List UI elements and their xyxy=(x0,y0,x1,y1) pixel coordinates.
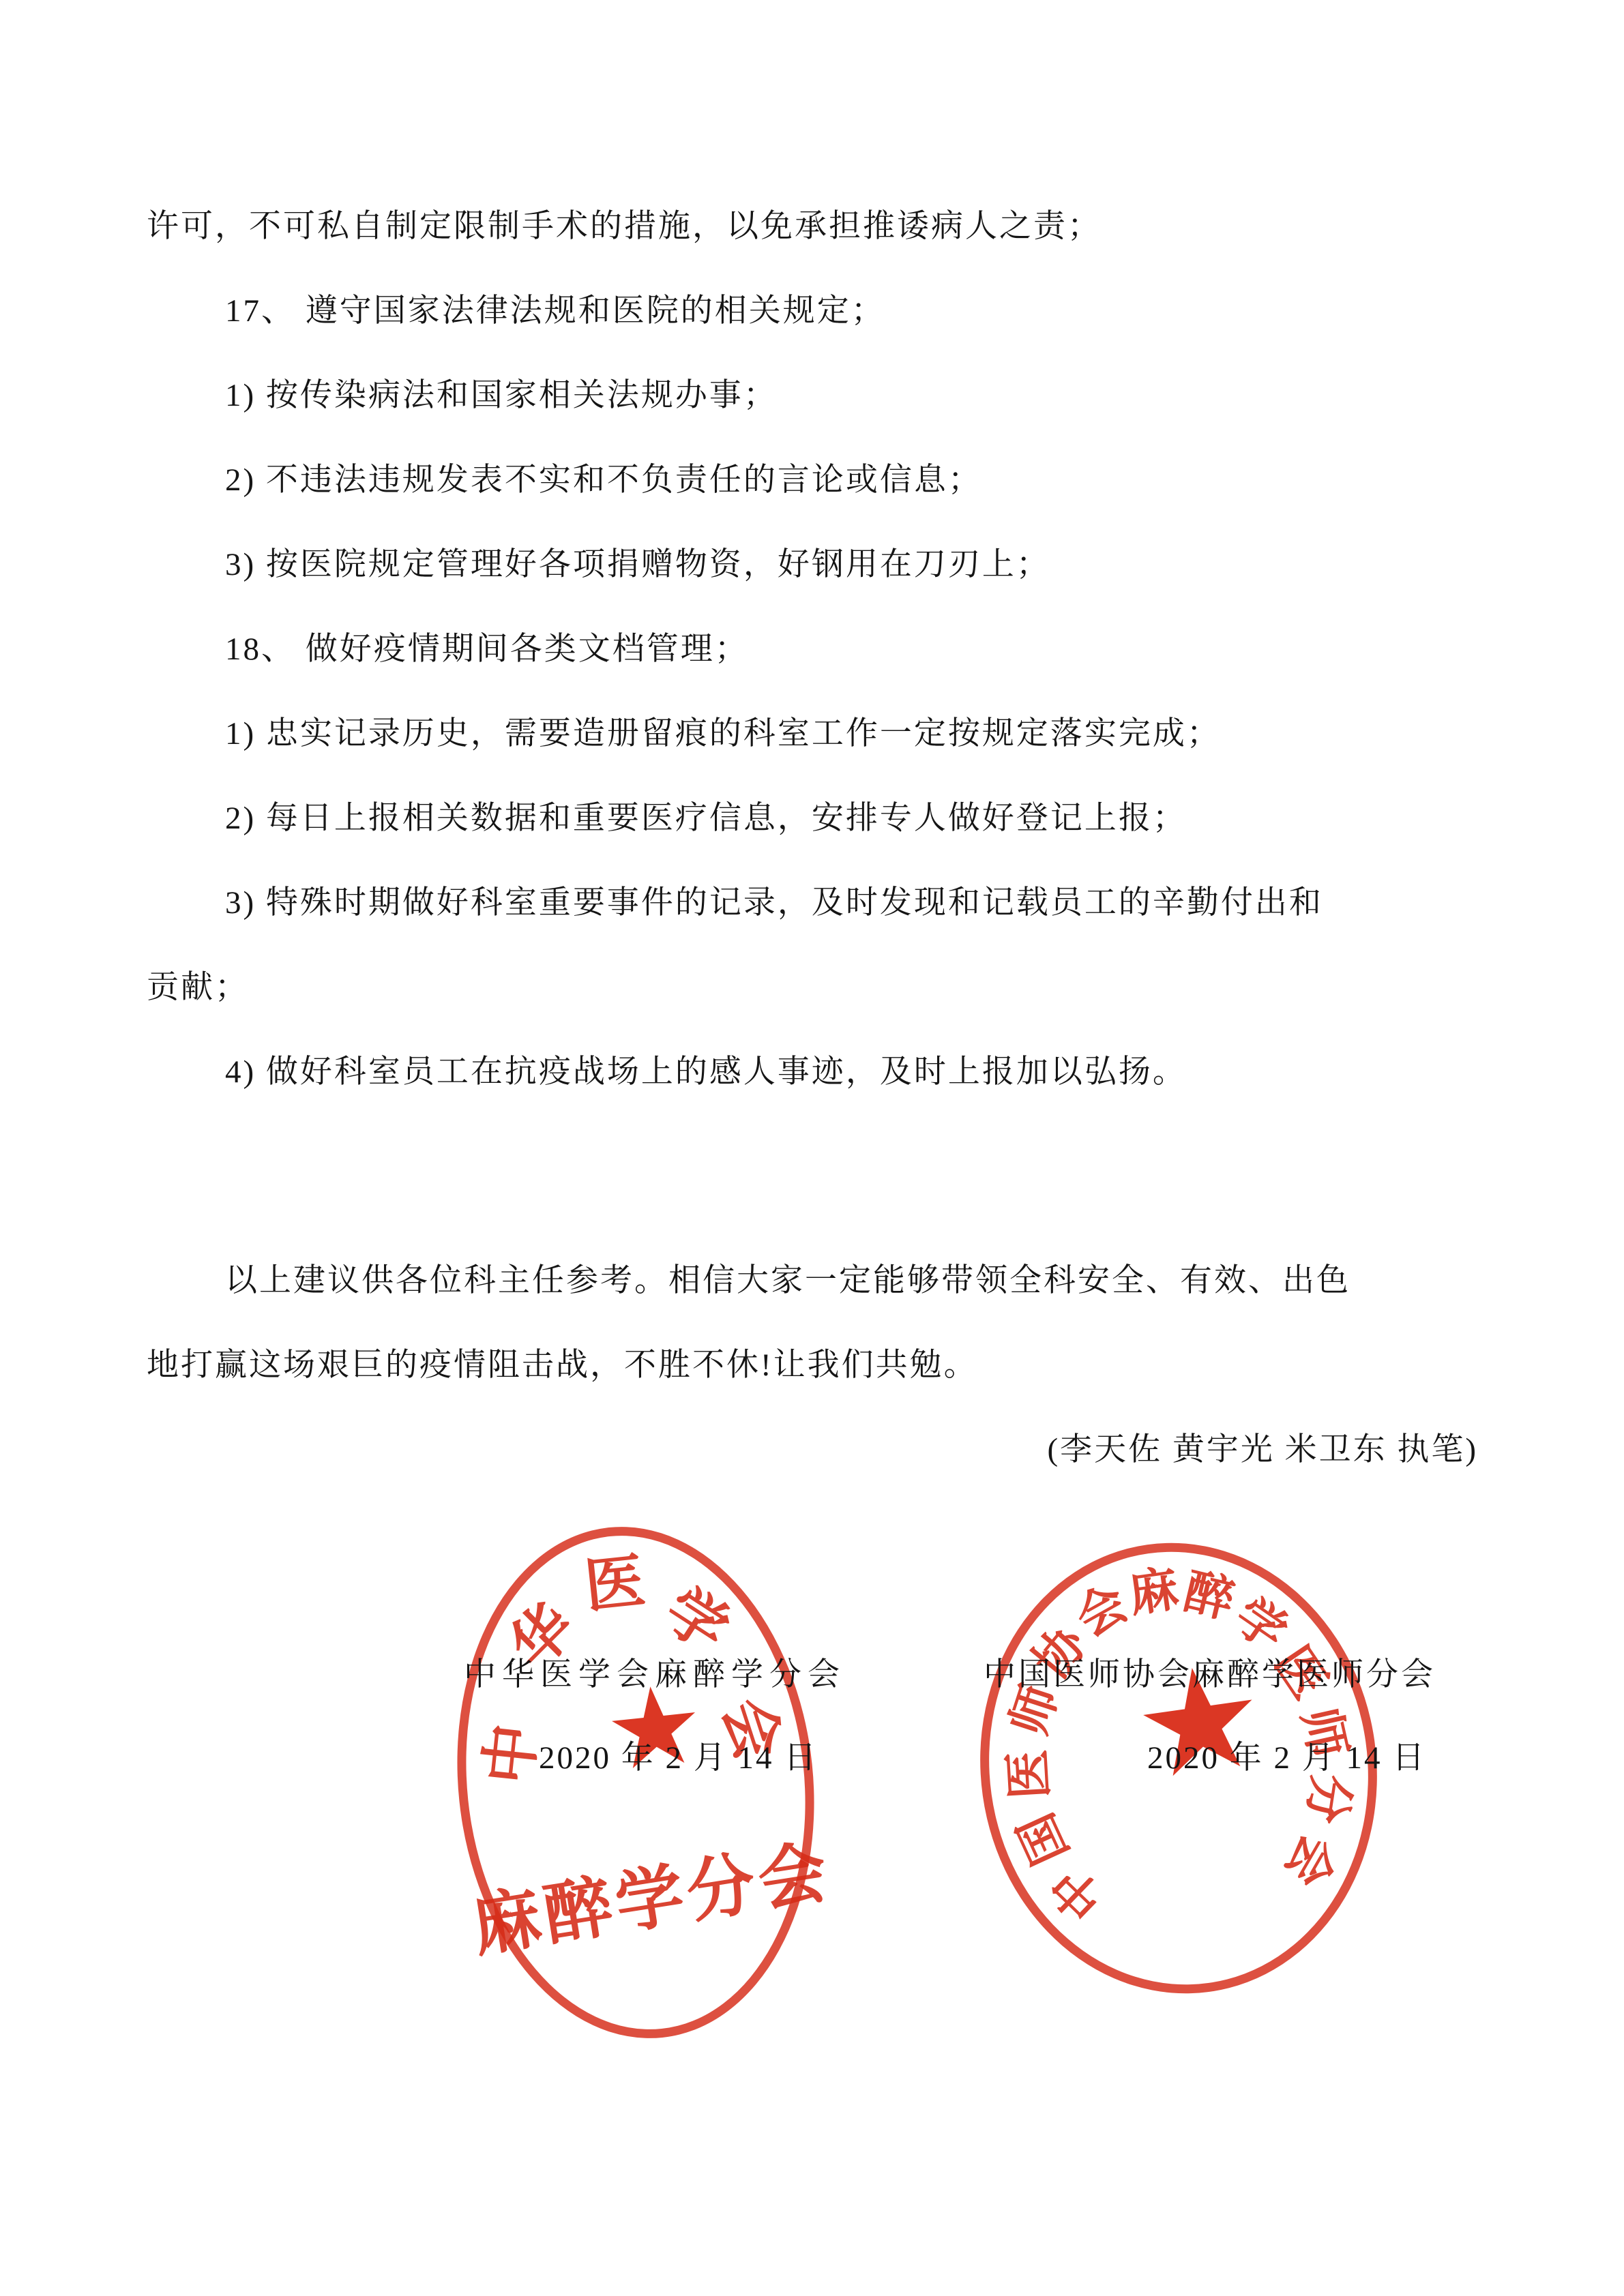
text-line: 2) 不违法违规发表不实和不负责任的言论或信息； xyxy=(147,438,1478,522)
signature-org: 中华医学会麻醉学分会 xyxy=(464,1649,846,1695)
text-line: 以上建议供各位科主任参考。相信大家一定能够带领全科安全、有效、出色 xyxy=(147,1238,1478,1323)
seal-bottom-text: 麻醉学分会 xyxy=(464,1817,830,1970)
signature-org: 中国医师协会麻醉学医师分会 xyxy=(984,1649,1436,1695)
text-line: 18、 做好疫情期间各类文档管理； xyxy=(147,607,1478,691)
document-page: { "document": { "lines": [ {"text": "许可，… xyxy=(0,0,1624,2296)
seal-ring xyxy=(432,1509,839,2056)
text-line: 地打赢这场艰巨的疫情阻击战，不胜不休!让我们共勉。 xyxy=(147,1323,1478,1407)
text-line: 3) 按医院规定管理好各项捐赠物资，好钢用在刀刃上； xyxy=(147,522,1478,607)
seal-cma-anesthesiology: 中华医学会 ★ 麻醉学分会 xyxy=(432,1509,839,2056)
text-line: 1) 按传染病法和国家相关法规办事； xyxy=(147,353,1478,438)
attribution-line: (李天佐 黄宇光 米卫东 执笔) xyxy=(147,1407,1478,1492)
seal-arc-text: 中华医学会 xyxy=(432,1509,839,2056)
signature-date: 2020 年 2 月 14 日 xyxy=(539,1732,818,1778)
signature-date: 2020 年 2 月 14 日 xyxy=(1147,1732,1426,1778)
text-line: 2) 每日上报相关数据和重要医疗信息，安排专人做好登记上报； xyxy=(147,776,1478,861)
paragraph-gap xyxy=(147,1114,1478,1238)
letter-body: 许可，不可私自制定限制手术的措施，以免承担推诿病人之责； 17、 遵守国家法律法… xyxy=(147,184,1478,1492)
text-line: 17、 遵守国家法律法规和医院的相关规定； xyxy=(147,269,1478,353)
text-line: 1) 忠实记录历史，需要造册留痕的科室工作一定按规定落实完成； xyxy=(147,691,1478,776)
text-line: 4) 做好科室员工在抗疫战场上的感人事迹，及时上报加以弘扬。 xyxy=(147,1030,1478,1114)
text-line: 3) 特殊时期做好科室重要事件的记录，及时发现和记载员工的辛勤付出和 xyxy=(147,861,1478,945)
text-line: 贡献； xyxy=(147,945,1478,1030)
text-line: 许可，不可私自制定限制手术的措施，以免承担推诿病人之责； xyxy=(147,184,1478,269)
